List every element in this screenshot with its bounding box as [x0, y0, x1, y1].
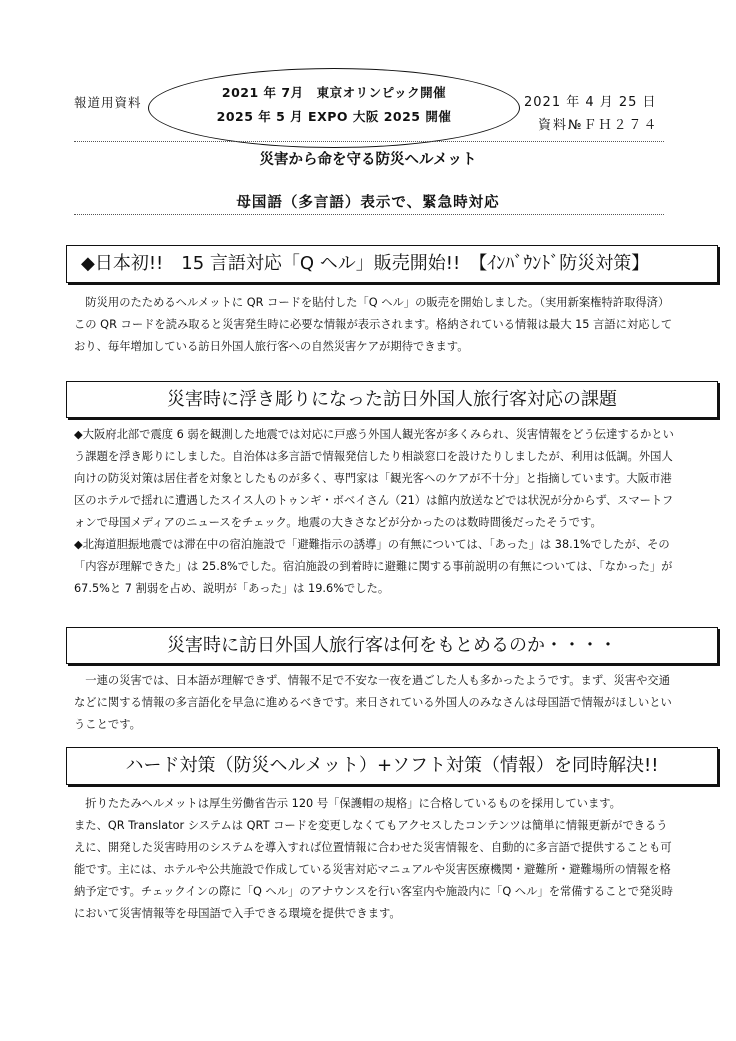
- paragraph: 防災用のたためるヘルメットに QR コードを貼付した「Q ヘル」の販売を開始しま…: [74, 292, 674, 358]
- paragraph: ◆北海道胆振地震では滞在中の宿泊施設で「避難指示の誘導」の有無については、「あっ…: [74, 534, 674, 600]
- event-dates-oval: 2021 年 7月 東京オリンピック開催 2025 年 5 月 EXPO 大阪 …: [148, 68, 520, 148]
- section-body-launch: 防災用のたためるヘルメットに QR コードを貼付した「Q ヘル」の販売を開始しま…: [74, 292, 674, 358]
- section-heading-text: 災害時に訪日外国人旅行客は何をもとめるのか・・・・: [167, 628, 617, 663]
- release-date: 2021 年 4 月 25 日: [524, 91, 657, 110]
- press-release-label: 報道用資料: [74, 93, 142, 111]
- header-divider-top: [74, 141, 664, 142]
- section-heading-text: 災害時に浮き彫りになった訪日外国人旅行客対応の課題: [167, 382, 617, 417]
- paragraph: ◆大阪府北部で震度 6 弱を観測した地震では対応に戸惑う外国人観光客が多くみられ…: [74, 424, 674, 534]
- event-line-expo: 2025 年 5 月 EXPO 大阪 2025 開催: [149, 107, 519, 125]
- section-heading-issues: 災害時に浮き彫りになった訪日外国人旅行客対応の課題: [66, 381, 718, 418]
- section-heading-needs: 災害時に訪日外国人旅行客は何をもとめるのか・・・・: [66, 627, 718, 664]
- page-subtitle: 母国語（多言語）表示で、緊急時対応: [0, 191, 736, 212]
- section-heading-launch: ◆日本初!! 15 言語対応「Q ヘル」販売開始!! 【ｲﾝﾊﾞｳﾝﾄﾞ防災対策…: [66, 245, 718, 283]
- page-title: 災害から命を守る防災ヘルメット: [0, 148, 736, 169]
- section-body-solution: 折りたたみヘルメットは厚生労働省告示 120 号「保護帽の規格」に合格しているも…: [74, 793, 674, 925]
- section-body-issues: ◆大阪府北部で震度 6 弱を観測した地震では対応に戸惑う外国人観光客が多くみられ…: [74, 424, 674, 600]
- paragraph: 折りたたみヘルメットは厚生労働省告示 120 号「保護帽の規格」に合格しているも…: [74, 793, 674, 815]
- header-divider-bottom: [74, 214, 664, 215]
- paragraph: また、QR Translator システムは QRT コードを変更しなくてもアク…: [74, 815, 674, 925]
- section-heading-solution: ハード対策（防災ヘルメット）+ソフト対策（情報）を同時解決!!: [66, 747, 718, 785]
- document-number: 資料№ＦＨ２７４: [538, 114, 659, 133]
- event-line-olympics: 2021 年 7月 東京オリンピック開催: [149, 83, 519, 101]
- section-body-needs: 一連の災害では、日本語が理解できず、情報不足で不安な一夜を過ごした人も多かったよ…: [74, 670, 674, 736]
- section-heading-text: ◆日本初!! 15 言語対応「Q ヘル」販売開始!! 【ｲﾝﾊﾞｳﾝﾄﾞ防災対策…: [81, 246, 649, 282]
- paragraph: 一連の災害では、日本語が理解できず、情報不足で不安な一夜を過ごした人も多かったよ…: [74, 670, 674, 736]
- section-heading-text: ハード対策（防災ヘルメット）+ソフト対策（情報）を同時解決!!: [126, 748, 659, 784]
